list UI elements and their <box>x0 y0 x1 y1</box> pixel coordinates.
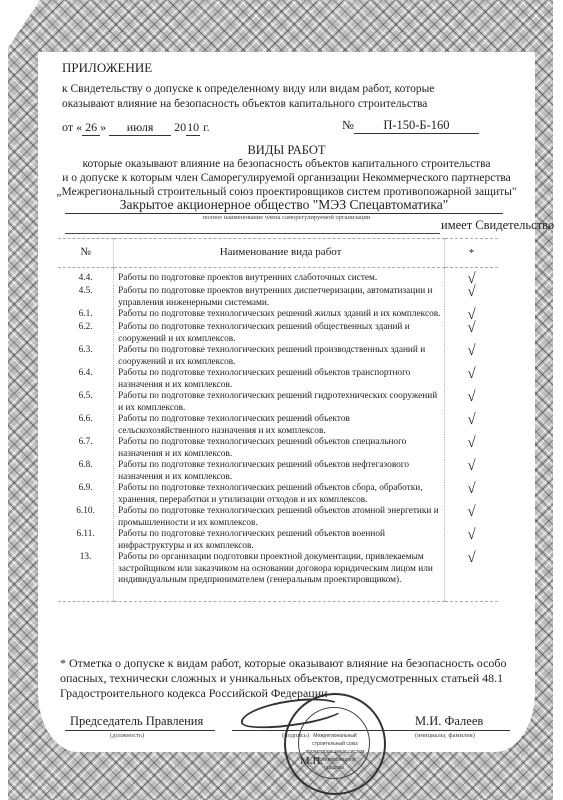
row-work-name: Работы по подготовке технологических реш… <box>114 414 445 437</box>
seal-label: М.П. <box>300 755 323 767</box>
row-number: 4.4. <box>58 268 114 287</box>
subtitle-line: к Свидетельству о допуске к определенном… <box>62 82 434 97</box>
row-number: 6.8. <box>58 460 114 483</box>
table-row: 4.4.Работы по подготовке проектов внутре… <box>58 268 498 287</box>
row-mark: √ <box>445 506 498 529</box>
table-row: 6.7.Работы по подготовке технологических… <box>58 437 498 460</box>
table-row: 4.5.Работы по подготовке проектов внутре… <box>58 286 498 309</box>
row-mark: √ <box>445 460 498 483</box>
certificate-text: имеет Свидетельство <box>441 218 554 233</box>
date-year-suffix: 10 <box>186 120 200 136</box>
table-row: 6.4.Работы по подготовке технологических… <box>58 368 498 391</box>
signer-name: М.И. Фалеев <box>415 714 483 729</box>
signer-position: Председатель Правления <box>70 714 203 729</box>
row-mark: √ <box>445 414 498 437</box>
row-work-name: Работы по подготовке технологических реш… <box>114 437 445 460</box>
row-mark: √ <box>445 437 498 460</box>
row-number: 6.11. <box>58 529 114 552</box>
number-label: № <box>342 118 354 132</box>
row-number: 6.4. <box>58 368 114 391</box>
row-work-name: Работы по подготовке проектов внутренних… <box>114 268 445 287</box>
row-number: 4.5. <box>58 286 114 309</box>
organization-name: Закрытое акционерное общество "МЭЗ Спеца… <box>65 197 503 214</box>
table-row: 6.8.Работы по подготовке технологических… <box>58 460 498 483</box>
table-header: № Наименование вида работ * <box>58 239 498 268</box>
row-work-name: Работы по подготовке технологических реш… <box>114 368 445 391</box>
works-table: № Наименование вида работ * 4.4.Работы п… <box>58 238 498 602</box>
row-work-name: Работы по подготовке технологических реш… <box>114 529 445 552</box>
table-row: 6.6.Работы по подготовке технологических… <box>58 414 498 437</box>
row-work-name: Работы по организации подготовки проектн… <box>114 552 445 601</box>
date-close: » <box>100 120 106 134</box>
row-mark: √ <box>445 552 498 601</box>
row-number: 6.9. <box>58 483 114 506</box>
row-work-name: Работы по подготовке проектов внутренних… <box>114 286 445 309</box>
table-row: 6.9.Работы по подготовке технологических… <box>58 483 498 506</box>
row-work-name: Работы по подготовке технологических реш… <box>114 345 445 368</box>
blank-line <box>65 223 440 234</box>
number-value: П-150-Б-160 <box>354 118 479 134</box>
position-caption: (должность) <box>110 732 144 739</box>
date-prefix: от « <box>62 120 82 134</box>
row-number: 6.3. <box>58 345 114 368</box>
date-year-prefix: 20 <box>174 120 186 134</box>
row-work-name: Работы по подготовке технологических реш… <box>114 391 445 414</box>
row-mark: √ <box>445 529 498 552</box>
row-number: 6.7. <box>58 437 114 460</box>
page-edge <box>0 0 8 800</box>
document-subtitle: к Свидетельству о допуске к определенном… <box>62 82 434 112</box>
table-row: 6.11.Работы по подготовке технологически… <box>58 529 498 552</box>
organization-stamp: Межрегиональный строительный союз проект… <box>284 693 386 795</box>
row-mark: √ <box>445 286 498 309</box>
footnote: * Отметка о допуске к видам работ, котор… <box>60 656 530 701</box>
description-line: и о допуске к которым член Саморегулируе… <box>38 171 535 185</box>
row-work-name: Работы по подготовке технологических реш… <box>114 309 445 322</box>
row-work-name: Работы по подготовке технологических реш… <box>114 483 445 506</box>
section-description: которые оказывают влияние на безопасност… <box>38 157 535 199</box>
header-work-name: Наименование вида работ <box>114 239 445 268</box>
page-edge <box>553 0 563 800</box>
table-row: 13.Работы по организации подготовки прое… <box>58 552 498 601</box>
row-work-name: Работы по подготовке технологических реш… <box>114 506 445 529</box>
row-number: 13. <box>58 552 114 601</box>
row-number: 6.6. <box>58 414 114 437</box>
row-mark: √ <box>445 391 498 414</box>
row-number: 6.10. <box>58 506 114 529</box>
issue-date: от «26» июля 2010 г. <box>62 120 210 136</box>
table-row: 6.10.Работы по подготовке технологически… <box>58 506 498 529</box>
table-row: 6.3.Работы по подготовке технологических… <box>58 345 498 368</box>
name-line <box>385 730 510 731</box>
row-work-name: Работы по подготовке технологических реш… <box>114 460 445 483</box>
document-title: ПРИЛОЖЕНИЕ <box>62 60 152 76</box>
section-title: ВИДЫ РАБОТ <box>38 143 535 158</box>
row-number: 6.5. <box>58 391 114 414</box>
date-day: 26 <box>82 120 100 136</box>
row-mark: √ <box>445 368 498 391</box>
row-mark: √ <box>445 322 498 345</box>
subtitle-line: оказывают влияние на безопасность объект… <box>62 97 434 112</box>
page-corner <box>0 0 40 60</box>
table-row: 6.1.Работы по подготовке технологических… <box>58 309 498 322</box>
position-line <box>65 730 215 731</box>
stamp-inner-ring: Межрегиональный строительный союз проект… <box>298 707 370 779</box>
name-caption: (инициалы, фамилия) <box>415 732 475 739</box>
row-number: 6.1. <box>58 309 114 322</box>
row-work-name: Работы по подготовке технологических реш… <box>114 322 445 345</box>
table-row: 6.5.Работы по подготовке технологических… <box>58 391 498 414</box>
header-mark: * <box>445 239 498 268</box>
description-line: которые оказывают влияние на безопасност… <box>38 157 535 171</box>
date-suffix: г. <box>203 120 210 134</box>
table-row: 6.2.Работы по подготовке технологических… <box>58 322 498 345</box>
row-number: 6.2. <box>58 322 114 345</box>
date-month: июля <box>109 120 171 136</box>
certificate-number: №П-150-Б-160 <box>342 118 479 134</box>
row-mark: √ <box>445 345 498 368</box>
row-mark: √ <box>445 483 498 506</box>
header-number: № <box>58 239 114 268</box>
